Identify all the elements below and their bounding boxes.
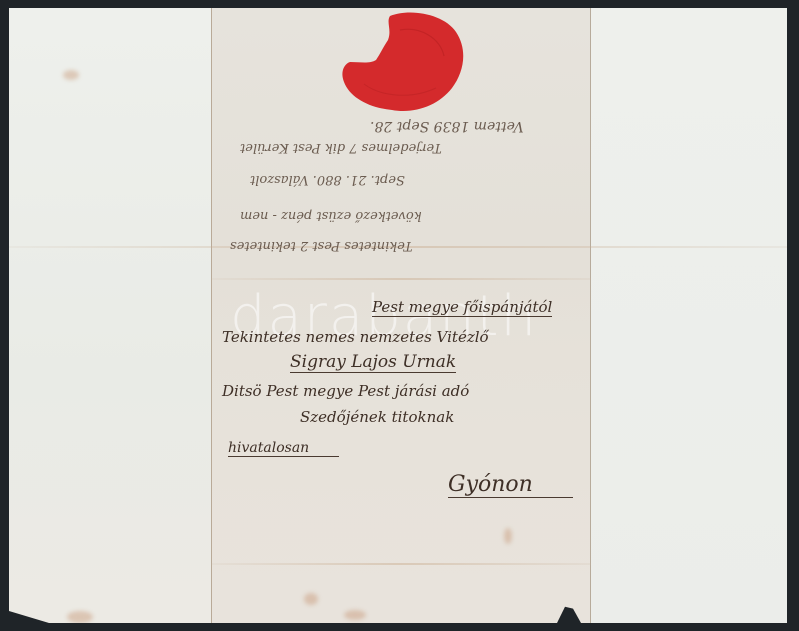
- stain: [304, 593, 318, 605]
- address-line-honorific: Tekintetes nemes nemzetes Vitézlő: [222, 328, 489, 346]
- address-line-sender: Pest megye főispánjától: [372, 298, 552, 317]
- address-line-destination: Gyónon: [448, 472, 573, 498]
- address-line-recipient: Sigray Lajos Urnak: [290, 352, 456, 373]
- right-flap: [591, 8, 787, 623]
- address-line-office: Ditsö Pest megye Pest járási adó: [222, 382, 469, 400]
- address-line-official: hivatalosan: [228, 440, 339, 457]
- docket-line-2: Terjedelmes 7 dik Pest Kerület: [240, 140, 442, 155]
- stain: [67, 611, 93, 623]
- stain: [504, 528, 512, 544]
- docket-line-4: következő ezüst pénz - nem: [240, 208, 422, 223]
- stain: [63, 70, 79, 80]
- docket-line-5: Tekintetes Pest 2 tekintetes: [230, 238, 413, 253]
- fold-line-center: [211, 278, 591, 280]
- stain: [344, 610, 366, 620]
- docket-line-1: Vettem 1839 Sept 28.: [370, 118, 524, 134]
- fold-line-lower: [211, 563, 591, 565]
- address-line-title: Szedőjének titoknak: [300, 408, 454, 426]
- left-flap: [9, 8, 211, 623]
- docket-line-3: Sept. 21. 880. Válaszolt: [250, 172, 405, 187]
- wax-seal-icon: [340, 10, 466, 116]
